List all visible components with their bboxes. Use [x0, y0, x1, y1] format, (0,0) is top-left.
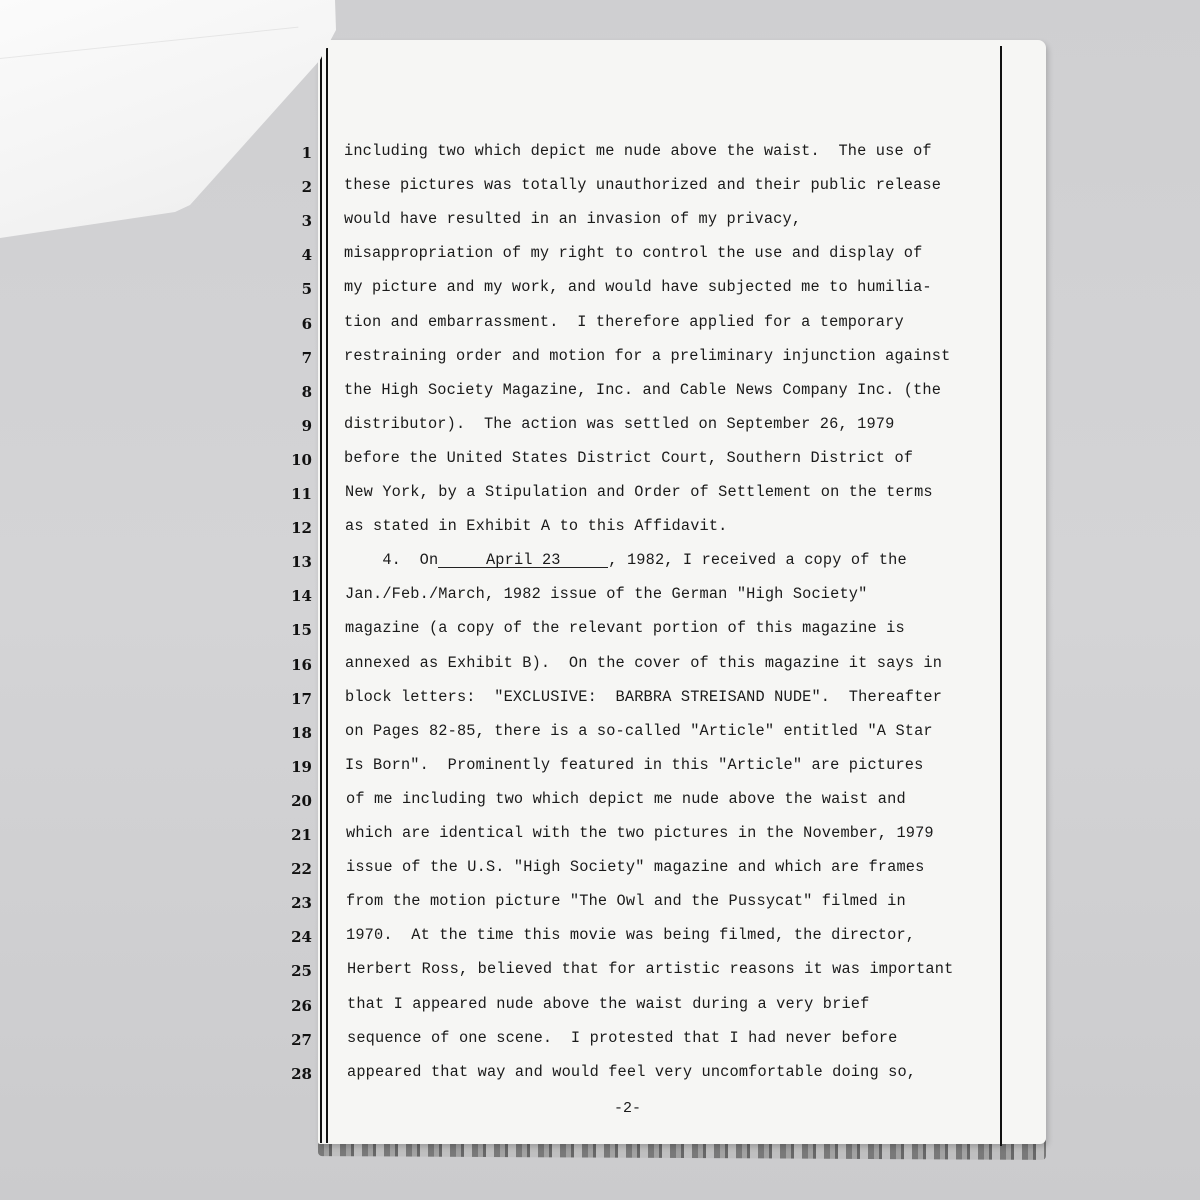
- line-text: sequence of one scene. I protested that …: [347, 1029, 897, 1047]
- fold-crease: [0, 27, 298, 59]
- line-number: 1: [272, 144, 312, 162]
- filled-date-blank: April 23: [438, 553, 608, 568]
- line-text: from the motion picture "The Owl and the…: [346, 892, 906, 910]
- line-text: appeared that way and would feel very un…: [347, 1063, 916, 1081]
- line-text: issue of the U.S. "High Society" magazin…: [346, 858, 924, 876]
- folded-page-corner: [0, 0, 340, 240]
- line-text: which are identical with the two picture…: [346, 824, 934, 842]
- line-text: on Pages 82-85, there is a so-called "Ar…: [345, 722, 933, 740]
- line-text: annexed as Exhibit B). On the cover of t…: [345, 654, 942, 672]
- line-text: tion and embarrassment. I therefore appl…: [344, 313, 904, 331]
- line-text: the High Society Magazine, Inc. and Cabl…: [344, 381, 941, 399]
- line-text: that I appeared nude above the waist dur…: [347, 995, 869, 1013]
- line-number: 7: [272, 349, 312, 367]
- line-text: magazine (a copy of the relevant portion…: [345, 619, 905, 637]
- line-text: 1970. At the time this movie was being f…: [346, 926, 915, 944]
- line-number: 3: [272, 212, 312, 230]
- right-margin-rule: [1000, 46, 1002, 1146]
- line-number: 22: [272, 860, 312, 878]
- left-margin-rule-inner: [326, 48, 328, 1143]
- line-text: Herbert Ross, believed that for artistic…: [347, 960, 953, 978]
- line-suffix: , 1982, I received a copy of the: [608, 551, 907, 569]
- line-number: 26: [272, 997, 312, 1015]
- line-text: including two which depict me nude above…: [344, 142, 932, 160]
- line-number: 6: [272, 315, 312, 333]
- line-number: 15: [272, 621, 312, 639]
- line-text: of me including two which depict me nude…: [346, 790, 906, 808]
- line-text: New York, by a Stipulation and Order of …: [345, 483, 933, 501]
- line-number: 5: [272, 280, 312, 298]
- line-number: 16: [272, 656, 312, 674]
- line-text: restraining order and motion for a preli…: [344, 347, 950, 365]
- line-text: would have resulted in an invasion of my…: [344, 210, 801, 228]
- page-number: -2-: [614, 1100, 641, 1117]
- line-number: 28: [272, 1065, 312, 1083]
- line-number: 13: [272, 553, 312, 571]
- line-number: 12: [272, 519, 312, 537]
- line-number: 10: [272, 451, 312, 469]
- line-text: distributor). The action was settled on …: [344, 415, 894, 433]
- line-number: 18: [272, 724, 312, 742]
- line-number: 14: [272, 587, 312, 605]
- line-number: 11: [272, 485, 312, 503]
- line-number: 2: [272, 178, 312, 196]
- line-number: 20: [272, 792, 312, 810]
- line-text: Is Born". Prominently featured in this "…: [345, 756, 923, 774]
- line-text: 4. OnApril 23, 1982, I received a copy o…: [345, 551, 907, 569]
- line-number: 8: [272, 383, 312, 401]
- left-margin-rule: [320, 48, 322, 1143]
- line-number: 27: [272, 1031, 312, 1049]
- line-number: 23: [272, 894, 312, 912]
- line-text: my picture and my work, and would have s…: [344, 278, 932, 296]
- line-number: 17: [272, 690, 312, 708]
- line-text: misappropriation of my right to control …: [344, 244, 922, 262]
- line-number: 4: [272, 246, 312, 264]
- line-text: as stated in Exhibit A to this Affidavit…: [345, 517, 728, 535]
- line-text: block letters: "EXCLUSIVE: BARBRA STREIS…: [345, 688, 942, 706]
- line-text: Jan./Feb./March, 1982 issue of the Germa…: [345, 585, 867, 603]
- line-number: 21: [272, 826, 312, 844]
- line-prefix: 4. On: [345, 551, 438, 569]
- line-number: 9: [272, 417, 312, 435]
- line-number: 19: [272, 758, 312, 776]
- line-number: 24: [272, 928, 312, 946]
- line-text: before the United States District Court,…: [344, 449, 913, 467]
- line-number: 25: [272, 962, 312, 980]
- line-text: these pictures was totally unauthorized …: [344, 176, 941, 194]
